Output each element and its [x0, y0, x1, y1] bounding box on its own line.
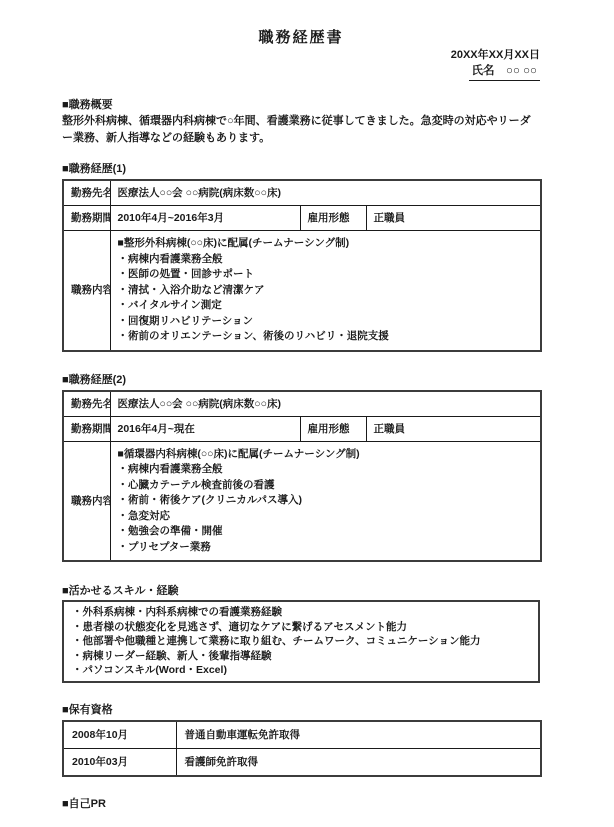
skill-item: ・病棟リーダー経験、新人・後輩指導経験: [72, 649, 530, 664]
applicant-name-row: 氏名 ○○ ○○: [62, 64, 540, 81]
career1-employer-label-cell: 勤務先名: [63, 180, 110, 206]
duty-line: ・医師の処置・回診サポート: [118, 267, 534, 283]
qualification-date-cell: 2008年10月: [63, 721, 176, 749]
skills-heading: ■活かせるスキル・経験: [62, 584, 540, 598]
career1-employer-row: 勤務先名 医療法人○○会 ○○病院(病床数○○床): [63, 180, 541, 206]
resume-page: 職務経歴書 20XX年XX月XX日 氏名 ○○ ○○ ■職務概要 整形外科病棟、…: [0, 0, 614, 827]
career2-employer-label-cell: 勤務先名: [63, 391, 110, 417]
document-meta: 20XX年XX月XX日 氏名 ○○ ○○: [62, 48, 540, 81]
duty-line: ■循環器内科病棟(○○床)に配属(チームナーシング制): [118, 447, 534, 463]
self-pr-heading: ■自己PR: [62, 797, 540, 811]
qualifications-heading: ■保有資格: [62, 703, 540, 717]
document-title: 職務経歴書: [62, 0, 540, 48]
duty-line: ・病棟内看護業務全般: [118, 252, 534, 268]
career2-table: 勤務先名 医療法人○○会 ○○病院(病床数○○床) 勤務期間 2016年4月~現…: [62, 390, 542, 563]
career1-duties-cell: ■整形外科病棟(○○床)に配属(チームナーシング制) ・病棟内看護業務全般 ・医…: [110, 231, 541, 351]
document-date: 20XX年XX月XX日: [62, 48, 540, 63]
duty-line: ・清拭・入浴介助など清潔ケア: [118, 283, 534, 299]
duty-line: ・回復期リハビリテーション: [118, 314, 534, 330]
career2-period-value-cell: 2016年4月~現在: [110, 416, 300, 441]
duty-line: ・術前のオリエンテーション、術後のリハビリ・退院支援: [118, 329, 534, 345]
career2-employment-type-value-cell: 正職員: [366, 416, 541, 441]
career1-period-row: 勤務期間 2010年4月~2016年3月 雇用形態 正職員: [63, 206, 541, 231]
career1-heading: ■職務経歴(1): [62, 162, 540, 176]
career2-period-label-cell: 勤務期間: [63, 416, 110, 441]
summary-heading: ■職務概要: [62, 98, 540, 112]
duty-line: ・病棟内看護業務全般: [118, 462, 534, 478]
career1-period-value-cell: 2010年4月~2016年3月: [110, 206, 300, 231]
qualification-date-cell: 2010年03月: [63, 748, 176, 776]
career2-heading: ■職務経歴(2): [62, 373, 540, 387]
career2-duties-row: 職務内容 ■循環器内科病棟(○○床)に配属(チームナーシング制) ・病棟内看護業…: [63, 441, 541, 561]
duty-line: ■整形外科病棟(○○床)に配属(チームナーシング制): [118, 236, 534, 252]
qualification-name-cell: 普通自動車運転免許取得: [176, 721, 541, 749]
career1-employer-value-cell: 医療法人○○会 ○○病院(病床数○○床): [110, 180, 541, 206]
qualification-row: 2010年03月 看護師免許取得: [63, 748, 541, 776]
skill-item: ・患者様の状態変化を見逃さず、適切なケアに繋げるアセスメント能力: [72, 620, 530, 635]
career2-period-row: 勤務期間 2016年4月~現在 雇用形態 正職員: [63, 416, 541, 441]
skills-box: ・外科系病棟・内科系病棟での看護業務経験 ・患者様の状態変化を見逃さず、適切なケ…: [62, 600, 540, 683]
duty-line: ・バイタルサイン測定: [118, 298, 534, 314]
duty-line: ・勉強会の準備・開催: [118, 524, 534, 540]
skill-item: ・他部署や他職種と連携して業務に取り組む、チームワーク、コミュニケーション能力: [72, 634, 530, 649]
skill-item: ・パソコンスキル(Word・Excel): [72, 663, 530, 678]
career2-employment-type-label-cell: 雇用形態: [300, 416, 366, 441]
career2-duties-label-cell: 職務内容: [63, 441, 110, 561]
career1-employment-type-value-cell: 正職員: [366, 206, 541, 231]
career1-table: 勤務先名 医療法人○○会 ○○病院(病床数○○床) 勤務期間 2010年4月~2…: [62, 179, 542, 352]
career1-duties-label-cell: 職務内容: [63, 231, 110, 351]
qualifications-table: 2008年10月 普通自動車運転免許取得 2010年03月 看護師免許取得: [62, 720, 542, 777]
duty-line: ・急変対応: [118, 509, 534, 525]
career2-duties-cell: ■循環器内科病棟(○○床)に配属(チームナーシング制) ・病棟内看護業務全般 ・…: [110, 441, 541, 561]
career2-employer-row: 勤務先名 医療法人○○会 ○○病院(病床数○○床): [63, 391, 541, 417]
applicant-name: 氏名 ○○ ○○: [469, 64, 540, 81]
duty-line: ・術前・術後ケア(クリニカルパス導入): [118, 493, 534, 509]
career1-employment-type-label-cell: 雇用形態: [300, 206, 366, 231]
career1-period-label-cell: 勤務期間: [63, 206, 110, 231]
qualification-name-cell: 看護師免許取得: [176, 748, 541, 776]
qualification-row: 2008年10月 普通自動車運転免許取得: [63, 721, 541, 749]
duty-line: ・心臓カテーテル検査前後の看護: [118, 478, 534, 494]
career1-duties-row: 職務内容 ■整形外科病棟(○○床)に配属(チームナーシング制) ・病棟内看護業務…: [63, 231, 541, 351]
skill-item: ・外科系病棟・内科系病棟での看護業務経験: [72, 605, 530, 620]
summary-text: 整形外科病棟、循環器内科病棟で○年間、看護業務に従事してきました。急変時の対応や…: [62, 113, 540, 146]
duty-line: ・プリセプター業務: [118, 540, 534, 556]
career2-employer-value-cell: 医療法人○○会 ○○病院(病床数○○床): [110, 391, 541, 417]
